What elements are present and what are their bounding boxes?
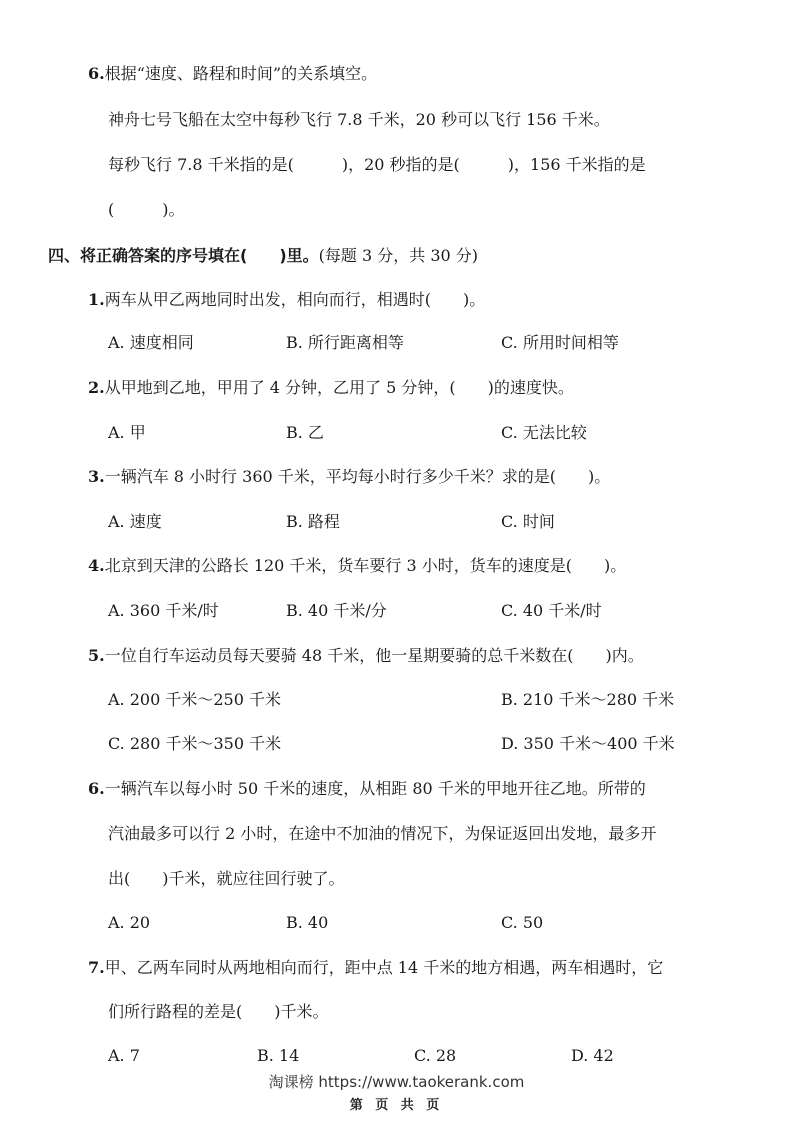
question-number: 5. xyxy=(88,646,105,665)
question-text: 两车从甲乙两地同时出发，相向而行，相遇时( )。 xyxy=(105,290,486,309)
q5-option-a: A. 200 千米～250 千米 xyxy=(108,690,281,710)
q3-option-a: A. 速度 xyxy=(108,512,162,532)
question-number: 2. xyxy=(88,378,105,397)
q3-option-c: C. 时间 xyxy=(501,512,555,532)
question-text: 一辆汽车以每小时 50 千米的速度，从相距 80 千米的甲地开往乙地。所带的 xyxy=(105,779,646,798)
question-6: 6.一辆汽车以每小时 50 千米的速度，从相距 80 千米的甲地开往乙地。所带的 xyxy=(88,779,646,799)
q6-option-b: B. 40 xyxy=(286,913,328,933)
q5-option-d: D. 350 千米～400 千米 xyxy=(501,734,675,754)
question-7: 7.甲、乙两车同时从两地相向而行，距中点 14 千米的地方相遇，两车相遇时，它 xyxy=(88,958,663,978)
section-score-note: (每题 3 分，共 30 分) xyxy=(319,246,478,265)
q4-option-c: C. 40 千米/时 xyxy=(501,601,602,621)
prev-question-6-title: 6.根据“速度、路程和时间”的关系填空。 xyxy=(88,64,377,84)
q5-option-c: C. 280 千米～350 千米 xyxy=(108,734,281,754)
q6-option-c: C. 50 xyxy=(501,913,543,933)
question-number: 4. xyxy=(88,556,105,575)
question-text: 北京到天津的公路长 120 千米，货车要行 3 小时，货车的速度是( )。 xyxy=(105,556,627,575)
q7-option-c: C. 28 xyxy=(414,1046,456,1066)
question-7-line2: 们所行路程的差是( )千米。 xyxy=(108,1002,329,1022)
section-4-heading: 四、将正确答案的序号填在( )里。(每题 3 分，共 30 分) xyxy=(48,246,478,266)
question-4: 4.北京到天津的公路长 120 千米，货车要行 3 小时，货车的速度是( )。 xyxy=(88,556,626,576)
question-text: 甲、乙两车同时从两地相向而行，距中点 14 千米的地方相遇，两车相遇时，它 xyxy=(105,958,664,977)
q6-option-a: A. 20 xyxy=(108,913,150,933)
q5-option-b: B. 210 千米～280 千米 xyxy=(501,690,674,710)
q1-option-c: C. 所用时间相等 xyxy=(501,333,619,353)
question-number: 6. xyxy=(88,64,105,83)
question-6-line2: 汽油最多可以行 2 小时，在途中不加油的情况下，为保证返回出发地，最多开 xyxy=(108,824,656,844)
q1-option-b: B. 所行距离相等 xyxy=(286,333,404,353)
q7-option-a: A. 7 xyxy=(108,1046,140,1066)
prev-question-6-line1: 神舟七号飞船在太空中每秒飞行 7.8 千米，20 秒可以飞行 156 千米。 xyxy=(108,110,610,130)
q4-option-b: B. 40 千米/分 xyxy=(286,601,387,621)
q4-option-a: A. 360 千米/时 xyxy=(108,601,219,621)
q3-option-b: B. 路程 xyxy=(286,512,340,532)
q7-option-b: B. 14 xyxy=(257,1046,299,1066)
q1-option-a: A. 速度相同 xyxy=(108,333,194,353)
question-number: 6. xyxy=(88,779,105,798)
question-1: 1.两车从甲乙两地同时出发，相向而行，相遇时( )。 xyxy=(88,290,485,310)
question-6-line3: 出( )千米，就应往回行驶了。 xyxy=(108,869,345,889)
question-number: 1. xyxy=(88,290,105,309)
prev-question-6-line2: 每秒飞行 7.8 千米指的是( )，20 秒指的是( )，156 千米指的是 xyxy=(108,155,646,175)
question-text: 从甲地到乙地，甲用了 4 分钟，乙用了 5 分钟，( )的速度快。 xyxy=(105,378,574,397)
watermark-link[interactable]: 淘课榜 https://www.taokerank.com xyxy=(0,1071,793,1092)
q2-option-c: C. 无法比较 xyxy=(501,423,587,443)
question-number: 3. xyxy=(88,467,105,486)
question-number: 7. xyxy=(88,958,105,977)
q2-option-a: A. 甲 xyxy=(108,423,146,443)
question-text: 一辆汽车 8 小时行 360 千米，平均每小时行多少千米？求的是( )。 xyxy=(105,467,611,486)
question-5: 5.一位自行车运动员每天要骑 48 千米，他一星期要骑的总千米数在( )内。 xyxy=(88,646,644,666)
question-3: 3.一辆汽车 8 小时行 360 千米，平均每小时行多少千米？求的是( )。 xyxy=(88,467,610,487)
question-2: 2.从甲地到乙地，甲用了 4 分钟，乙用了 5 分钟，( )的速度快。 xyxy=(88,378,574,398)
page-number-label: 第 页 共 页 xyxy=(0,1094,793,1113)
section-title: 四、将正确答案的序号填在( )里。 xyxy=(48,246,319,265)
prev-question-6-line3: ( )。 xyxy=(108,200,185,220)
q7-option-d: D. 42 xyxy=(571,1046,614,1066)
question-text: 根据“速度、路程和时间”的关系填空。 xyxy=(105,64,377,83)
question-text: 一位自行车运动员每天要骑 48 千米，他一星期要骑的总千米数在( )内。 xyxy=(105,646,644,665)
q2-option-b: B. 乙 xyxy=(286,423,324,443)
